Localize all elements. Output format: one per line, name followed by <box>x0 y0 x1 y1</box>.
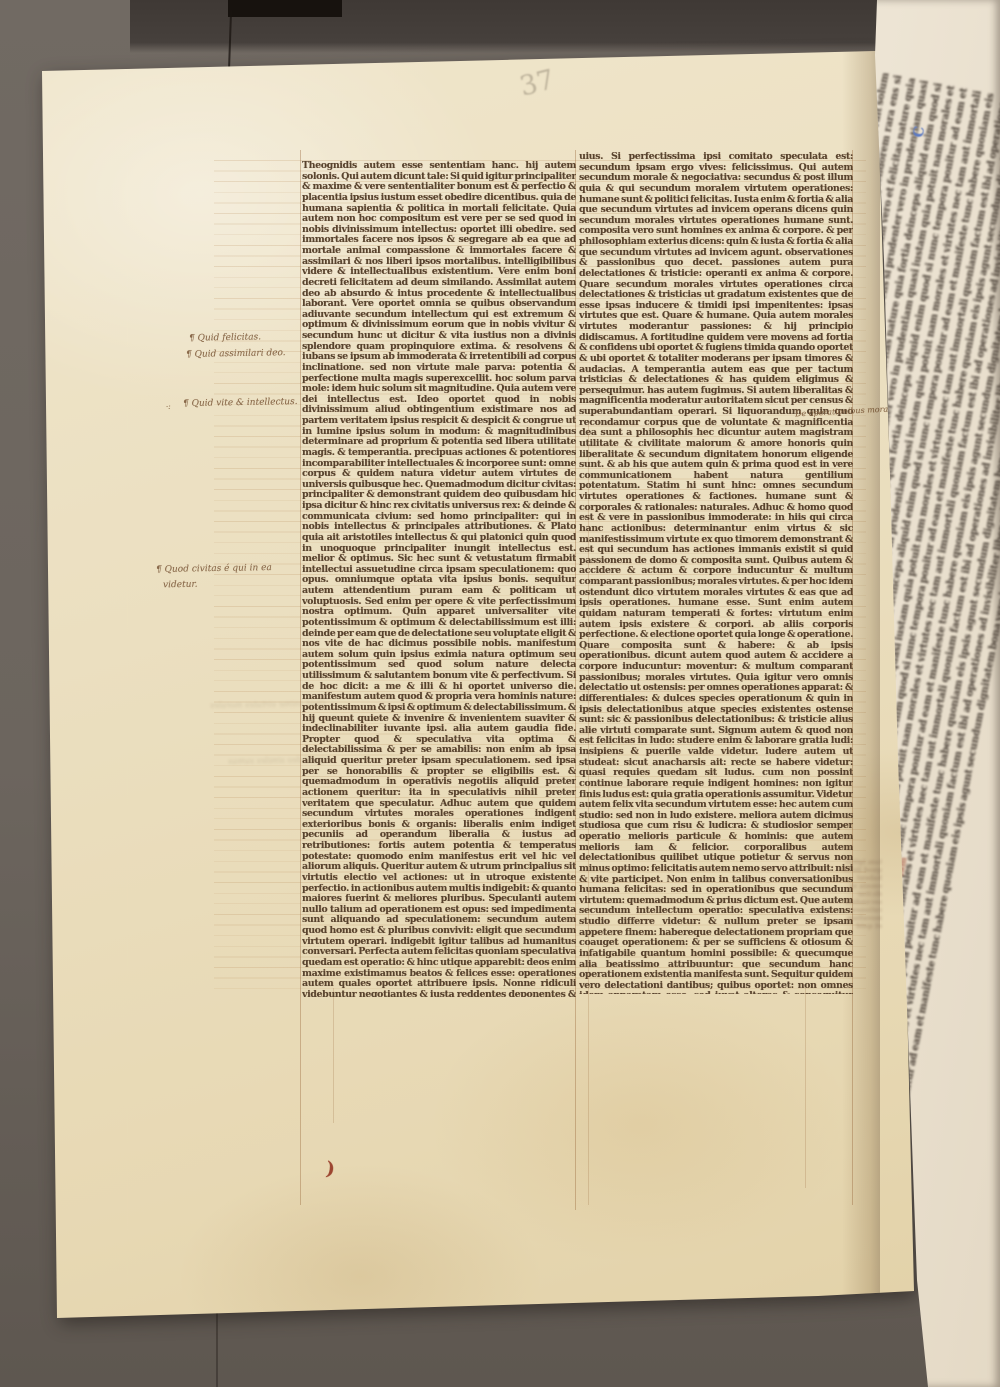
margin-note-vite-intellectus: ¶ Quid vite & intellectus. <box>183 397 298 410</box>
manuscript-leaf-recto: Theognidis autem esse sententiam hanc. h… <box>0 0 1000 1387</box>
margin-note-assimilari-deo: ¶ Quid assimilari deo. <box>186 348 286 361</box>
margin-note-civitas-line2: videtur. <box>163 580 198 592</box>
manuscript-leaf-wrapper: Theognidis autem esse sententiam hanc. h… <box>0 0 1000 1387</box>
margin-note-felicitas: ¶ Quid felicitas. <box>189 332 261 344</box>
red-pen-mark: ) <box>325 1157 337 1180</box>
text-column-1: Theognidis autem esse sententiam hanc. h… <box>302 161 576 997</box>
gutter-shadow <box>842 40 880 1310</box>
text-column-2: uius. Si perfectissima ipsi comitato spe… <box>579 152 853 994</box>
ruling-line-left <box>300 150 301 1205</box>
ruling-line-right-inner <box>805 988 806 1188</box>
ruling-line-left-inner <box>333 988 334 1123</box>
pencil-folio-mark: 37 <box>517 64 558 102</box>
margin-note-dots: ·: <box>166 402 171 413</box>
showthrough-note-2: Quod deo similes sumus <box>228 755 326 766</box>
margin-note-civitas: ¶ Quod civitas é qui in ea <box>156 563 272 576</box>
